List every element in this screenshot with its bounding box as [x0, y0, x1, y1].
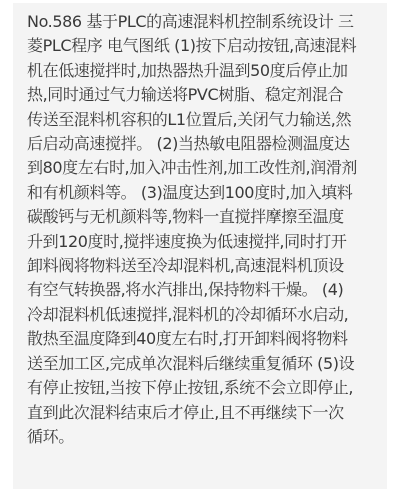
text-line: 菱PLC程序 电气图纸 (1)按下启动按钮,高速混料	[27, 34, 377, 58]
text-line: 循环。	[27, 425, 377, 449]
text-line: 有停止按钮,当按下停止按钮,系统不会立即停止,	[27, 376, 377, 400]
text-line: 升到120度时,搅拌速度换为低速搅拌,同时打开	[27, 230, 377, 254]
text-line: No.586 基于PLC的高速混料机控制系统设计 三	[27, 10, 377, 34]
text-line: 后启动高速搅拌。 (2)当热敏电阻器检测温度达	[27, 132, 377, 156]
text-line: 机在低速搅拌时,加热器热升温到50度后停止加	[27, 59, 377, 83]
post-body-text: No.586 基于PLC的高速混料机控制系统设计 三 菱PLC程序 电气图纸 (…	[27, 10, 377, 449]
text-line: 热,同时通过气力输送将PVC树脂、稳定剂混合	[27, 83, 377, 107]
text-line: 卸料阀将物料送至冷却混料机,高速混料机顶设	[27, 254, 377, 278]
text-line: 和有机颜料等。 (3)温度达到100度时,加入填料	[27, 181, 377, 205]
text-line: 碳酸钙与无机颜料等,物料一直搅拌摩擦至温度	[27, 205, 377, 229]
text-line: 到80度左右时,加入冲击性剂,加工改性剂,润滑剂	[27, 156, 377, 180]
text-line: 传送至混料机容积的L1位置后,关闭气力输送,然	[27, 108, 377, 132]
text-line: 直到此次混料结束后才停止,且不再继续下一次	[27, 401, 377, 425]
text-line: 送至加工区,完成单次混料后继续重复循环 (5)设	[27, 352, 377, 376]
text-line: 有空气转换器,将水汽排出,保持物料干燥。 (4)	[27, 278, 377, 302]
text-line: 散热至温度降到40度左右时,打开卸料阀将物料	[27, 327, 377, 351]
text-line: 冷却混料机低速搅拌,混料机的冷却循环水启动,	[27, 303, 377, 327]
